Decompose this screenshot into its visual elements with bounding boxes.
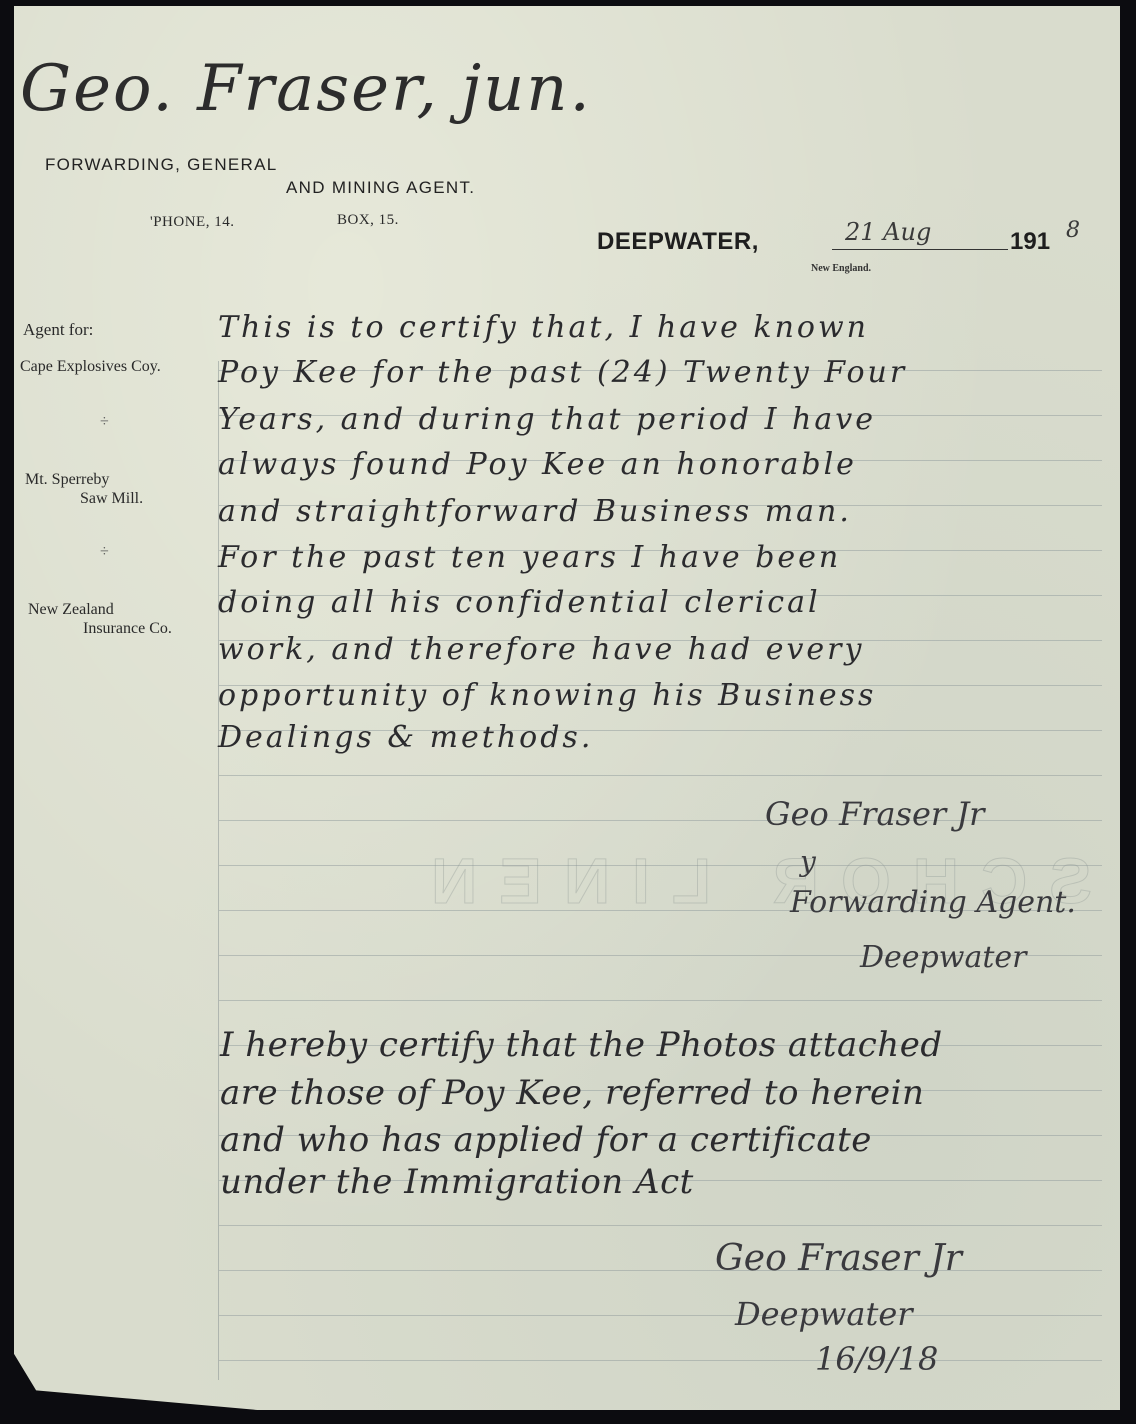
body-line: Years, and during that period I have xyxy=(218,402,876,437)
body-line: Dealings & methods. xyxy=(218,720,593,755)
signature-date: 16/9/18 xyxy=(815,1340,938,1378)
body-line: Poy Kee for the past (24) Twenty Four xyxy=(218,355,907,390)
signature-name: Geo Fraser Jr xyxy=(715,1238,962,1279)
certification-line: I hereby certify that the Photos attache… xyxy=(220,1025,943,1065)
agency-item: Cape Explosives Coy. xyxy=(20,357,161,376)
handwritten-date: 21 Aug xyxy=(845,218,931,246)
agency-name: Cape Explosives Coy. xyxy=(20,358,161,375)
letterhead-phone: 'PHONE, 14. xyxy=(150,214,234,231)
body-line: For the past ten years I have been xyxy=(218,540,841,575)
agency-name-cont: Saw Mill. xyxy=(25,489,143,508)
letterhead-business-line-2: AND MINING AGENT. xyxy=(286,178,475,198)
agency-item: New Zealand Insurance Co. xyxy=(28,600,172,638)
printed-year: 191 xyxy=(1010,228,1050,256)
certification-line: and who has applied for a certificate xyxy=(220,1120,872,1160)
letterhead-business-line-1: FORWARDING, GENERAL xyxy=(45,155,278,175)
divider-icon: ÷ xyxy=(100,543,109,561)
letterhead-name: Geo. Fraser, jun. xyxy=(20,52,592,126)
agency-name-cont: Insurance Co. xyxy=(28,619,172,638)
signature-name: Geo Fraser Jr xyxy=(765,795,984,833)
certification-line: are those of Poy Kee, referred to herein xyxy=(220,1073,924,1113)
body-line: work, and therefore have had every xyxy=(218,632,864,667)
certification-line: under the Immigration Act xyxy=(220,1162,694,1202)
agency-name: Mt. Sperreby xyxy=(25,470,143,489)
body-line: always found Poy Kee an honorable xyxy=(218,447,857,482)
signature-place: Deepwater xyxy=(735,1295,913,1333)
letterhead-place: DEEPWATER, xyxy=(597,228,759,256)
signature-place: Deepwater xyxy=(860,940,1026,975)
handwritten-year-digit: 8 xyxy=(1066,218,1080,243)
body-line: and straightforward Business man. xyxy=(218,494,852,529)
signature-connector: y xyxy=(800,845,816,878)
letterhead-box: BOX, 15. xyxy=(337,212,399,229)
divider-icon: ÷ xyxy=(100,413,109,431)
agent-for-label: Agent for: xyxy=(23,320,93,340)
date-rule xyxy=(832,249,1008,250)
agency-name: New Zealand xyxy=(28,600,172,619)
signature-title: Forwarding Agent. xyxy=(790,885,1076,920)
body-line: doing all his confidential clerical xyxy=(218,585,821,620)
agency-item: Mt. Sperreby Saw Mill. xyxy=(25,470,143,508)
body-line: This is to certify that, I have known xyxy=(218,310,869,345)
letterhead-sub-place: New England. xyxy=(811,263,871,274)
body-line: opportunity of knowing his Business xyxy=(218,678,876,713)
